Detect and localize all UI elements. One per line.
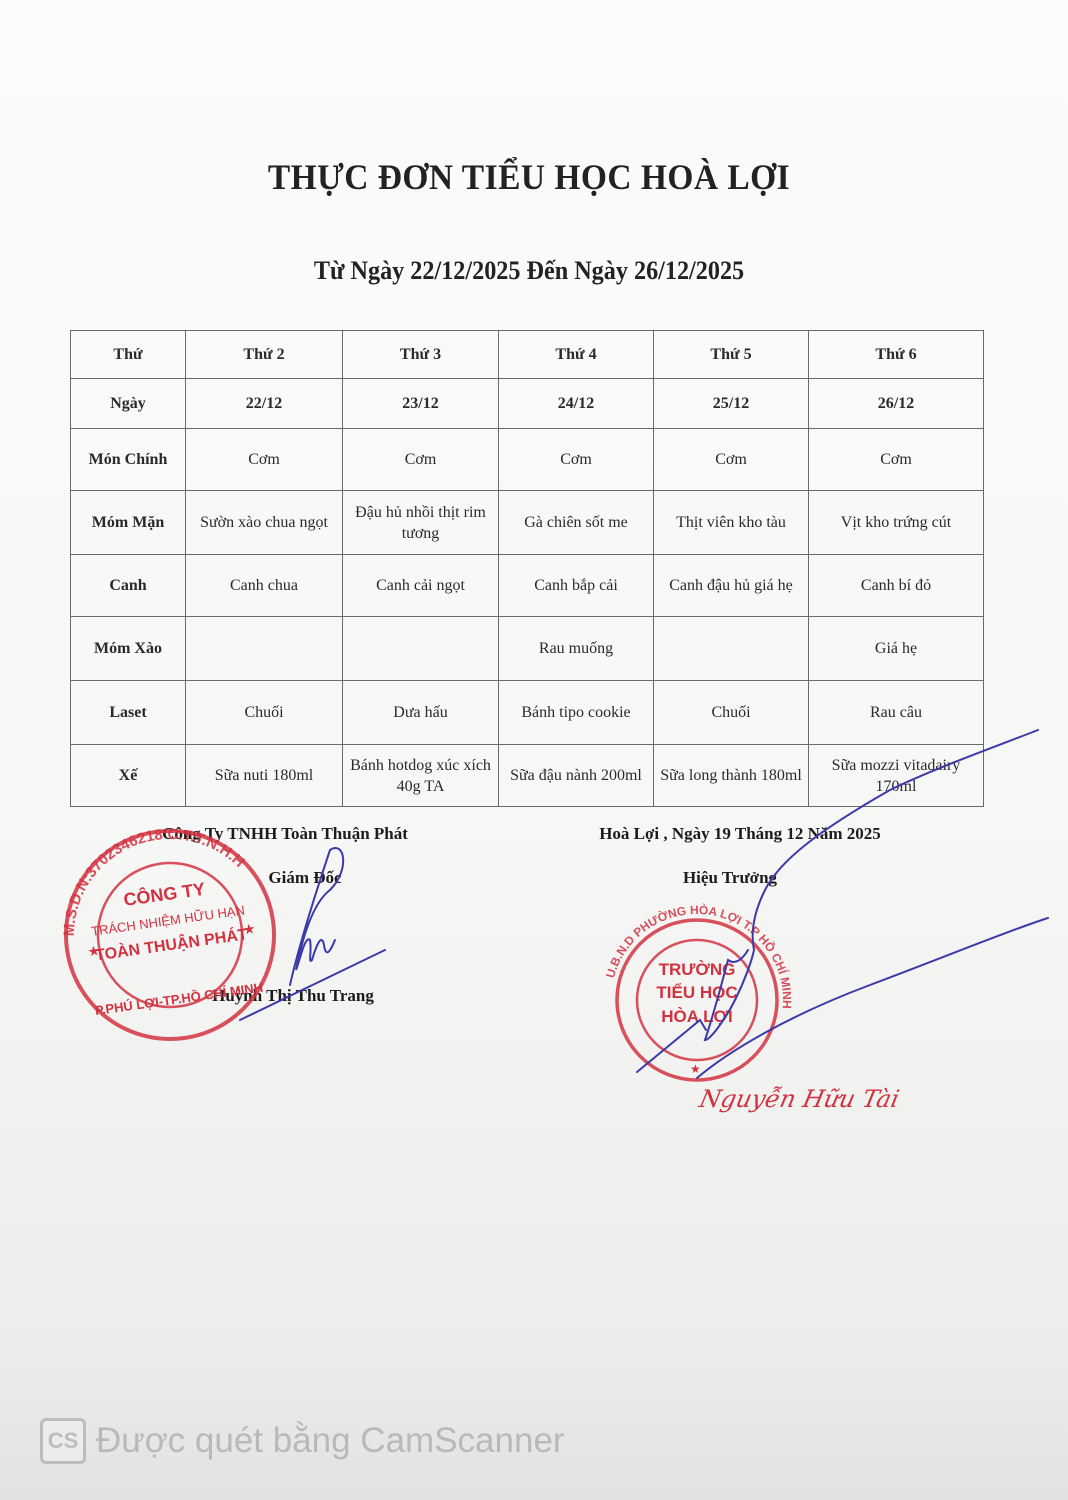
left-signer-name: Huỳnh Thị Thu Trang — [118, 986, 468, 1006]
header-label: Thứ — [71, 331, 186, 379]
table-row: LasetChuốiDưa hấuBánh tipo cookieChuốiRa… — [71, 681, 984, 745]
svg-text:★: ★ — [242, 922, 257, 939]
menu-cell — [343, 617, 499, 681]
row-label: Móm Mặn — [71, 491, 186, 555]
watermark-text: Được quét bằng CamScanner — [96, 1421, 565, 1461]
svg-text:TOÀN THUẬN PHÁT: TOÀN THUẬN PHÁT — [94, 924, 249, 964]
svg-text:HÒA LỢI: HÒA LỢI — [661, 1007, 732, 1026]
menu-cell: 24/12 — [499, 379, 654, 429]
menu-cell: Chuối — [654, 681, 809, 745]
table-row: Móm MặnSườn xào chua ngọtĐậu hủ nhồi thị… — [71, 491, 984, 555]
menu-cell — [654, 617, 809, 681]
menu-cell: Cơm — [186, 429, 343, 491]
menu-cell: Cơm — [343, 429, 499, 491]
document-title: THỰC ĐƠN TIỂU HỌC HOÀ LỢI — [37, 156, 1021, 198]
menu-cell: Giá hẹ — [809, 617, 984, 681]
svg-text:TRƯỜNG: TRƯỜNG — [659, 960, 736, 979]
table-row: CanhCanh chuaCanh cải ngọtCanh bắp cảiCa… — [71, 555, 984, 617]
menu-cell: Bánh hotdog xúc xích 40g TA — [343, 745, 499, 807]
menu-cell: Sữa nuti 180ml — [186, 745, 343, 807]
svg-text:TIỂU HỌC: TIỂU HỌC — [656, 983, 737, 1002]
camscanner-watermark: CS Được quét bằng CamScanner — [40, 1418, 565, 1464]
company-name: Công Ty TNHH Toàn Thuận Phát — [110, 824, 460, 844]
menu-cell: 23/12 — [343, 379, 499, 429]
row-label: Canh — [71, 555, 186, 617]
left-role: Giám Đốc — [130, 868, 480, 888]
menu-cell: Vịt kho trứng cút — [809, 491, 984, 555]
menu-cell: Sườn xào chua ngọt — [186, 491, 343, 555]
menu-cell: Cơm — [499, 429, 654, 491]
place-date: Hoà Lợi , Ngày 19 Tháng 12 Năm 2025 — [560, 824, 920, 844]
school-stamp-graphic: U.B.N.D PHƯỜNG HÒA LỢI T.P HỒ CHÍ MINH T… — [603, 902, 794, 1080]
menu-table: Thứ Thứ 2 Thứ 3 Thứ 4 Thứ 5 Thứ 6 Ngày22… — [70, 330, 984, 807]
header-day: Thứ 3 — [343, 331, 499, 379]
svg-text:TRÁCH NHIỆM HỮU HẠN: TRÁCH NHIỆM HỮU HẠN — [90, 902, 245, 938]
menu-cell: Canh chua — [186, 555, 343, 617]
table-row: Món ChínhCơmCơmCơmCơmCơm — [71, 429, 984, 491]
menu-cell: Canh cải ngọt — [343, 555, 499, 617]
menu-cell: Canh đậu hủ giá hẹ — [654, 555, 809, 617]
menu-cell: Gà chiên sốt me — [499, 491, 654, 555]
menu-cell: Chuối — [186, 681, 343, 745]
menu-cell: Thịt viên kho tàu — [654, 491, 809, 555]
menu-cell — [186, 617, 343, 681]
menu-cell: Cơm — [654, 429, 809, 491]
header-day: Thứ 5 — [654, 331, 809, 379]
header-day: Thứ 4 — [499, 331, 654, 379]
table-row: XếSữa nuti 180mlBánh hotdog xúc xích 40g… — [71, 745, 984, 807]
menu-cell: Đậu hủ nhồi thịt rim tương — [343, 491, 499, 555]
menu-cell: 25/12 — [654, 379, 809, 429]
company-stamp-graphic: M.S.D.N:3702346218 C.T.T.N.H.H CÔNG TY T… — [48, 813, 288, 1054]
row-label: Laset — [71, 681, 186, 745]
header-day: Thứ 6 — [809, 331, 984, 379]
right-role: Hiệu Trưởng — [550, 868, 910, 888]
svg-text:★: ★ — [690, 1062, 701, 1076]
camscanner-logo-icon: CS — [40, 1418, 86, 1464]
row-label: Móm Xào — [71, 617, 186, 681]
menu-cell: Rau câu — [809, 681, 984, 745]
table-header-row: Thứ Thứ 2 Thứ 3 Thứ 4 Thứ 5 Thứ 6 — [71, 331, 984, 379]
menu-cell: Sữa mozzi vitadairy 170ml — [809, 745, 984, 807]
menu-cell: Canh bí đỏ — [809, 555, 984, 617]
menu-cell: Canh bắp cải — [499, 555, 654, 617]
table-row: Móm XàoRau muốngGiá hẹ — [71, 617, 984, 681]
table-row: Ngày22/1223/1224/1225/1226/12 — [71, 379, 984, 429]
menu-cell: Sữa long thành 180ml — [654, 745, 809, 807]
menu-cell: Cơm — [809, 429, 984, 491]
date-range: Từ Ngày 22/12/2025 Đến Ngày 26/12/2025 — [37, 256, 1021, 286]
menu-cell: 26/12 — [809, 379, 984, 429]
svg-text:★: ★ — [87, 944, 102, 961]
menu-cell: Rau muống — [499, 617, 654, 681]
row-label: Món Chính — [71, 429, 186, 491]
row-label: Ngày — [71, 379, 186, 429]
menu-cell: Dưa hấu — [343, 681, 499, 745]
principal-name-stamp: Nguyễn Hữu Tài — [697, 1085, 902, 1113]
menu-cell: 22/12 — [186, 379, 343, 429]
menu-cell: Sữa đậu nành 200ml — [499, 745, 654, 807]
header-day: Thứ 2 — [186, 331, 343, 379]
menu-cell: Bánh tipo cookie — [499, 681, 654, 745]
row-label: Xế — [71, 745, 186, 807]
svg-text:U.B.N.D PHƯỜNG HÒA LỢI T.P HỒ: U.B.N.D PHƯỜNG HÒA LỢI T.P HỒ CHÍ MINH — [603, 902, 794, 1009]
